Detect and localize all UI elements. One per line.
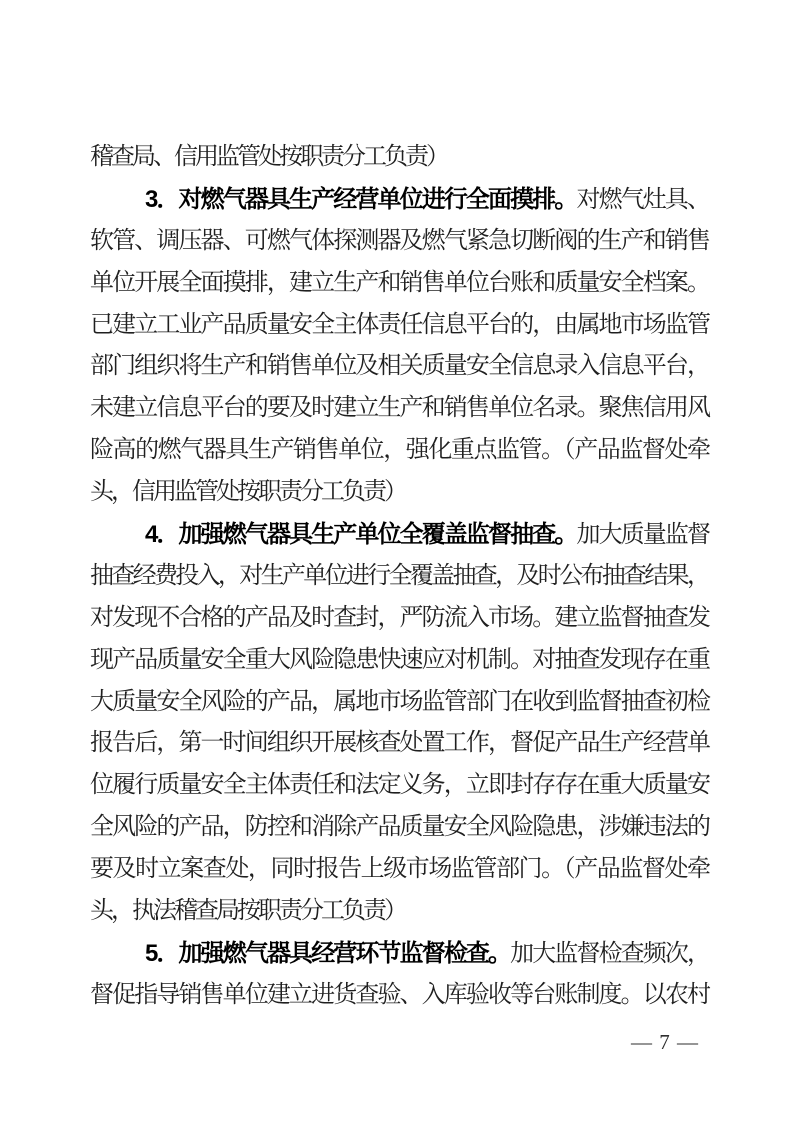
text-line: 抽查经费投入，对生产单位进行全覆盖抽查，及时公布抽查结果， xyxy=(90,556,708,598)
text-line: 全风险的产品，防控和消除产品质量安全风险隐患，涉嫌违法的 xyxy=(90,807,708,849)
body-text: 头，执法稽查局按职责分工负责） xyxy=(90,898,405,924)
body-text: 部门组织将生产和销售单位及相关质量安全信息录入信息平台， xyxy=(90,353,708,379)
page-number: — 7 — xyxy=(631,1030,699,1055)
body-text: 督促指导销售单位建立进货查验、入库验收等台账制度。以农村 xyxy=(90,982,708,1008)
body-text: 软管、调压器、可燃气体探测器及燃气紧急切断阀的生产和销售 xyxy=(90,228,708,254)
text-line: 对发现不合格的产品及时查封，严防流入市场。建立监督抽查发 xyxy=(90,598,708,640)
document-text: 稽查局、信用监管处按职责分工负责）3．对燃气器具生产经营单位进行全面摸排。对燃气… xyxy=(90,137,708,1017)
text-line: 头，信用监管处按职责分工负责） xyxy=(90,472,708,514)
text-line: 险高的燃气器具生产销售单位，强化重点监管。（产品监督处牵 xyxy=(90,430,708,472)
text-line: 稽查局、信用监管处按职责分工负责） xyxy=(90,137,708,179)
text-line: 报告后，第一时间组织开展核查处置工作，督促产品生产经营单 xyxy=(90,723,708,765)
text-line: 单位开展全面摸排，建立生产和销售单位台账和质量安全档案。 xyxy=(90,263,708,305)
body-text: 稽查局、信用监管处按职责分工负责） xyxy=(90,144,447,170)
body-text: 未建立信息平台的要及时建立生产和销售单位名录。聚焦信用风 xyxy=(90,395,708,421)
text-line: 要及时立案查处，同时报告上级市场监管部门。（产品监督处牵 xyxy=(90,849,708,891)
body-text: 全风险的产品，防控和消除产品质量安全风险隐患，涉嫌违法的 xyxy=(90,814,708,840)
document-page: 稽查局、信用监管处按职责分工负责）3．对燃气器具生产经营单位进行全面摸排。对燃气… xyxy=(0,0,793,1122)
body-text: 报告后，第一时间组织开展核查处置工作，督促产品生产经营单 xyxy=(90,730,708,756)
body-text: 加大质量监督 xyxy=(576,522,708,548)
body-text: 抽查经费投入，对生产单位进行全覆盖抽查，及时公布抽查结果， xyxy=(90,563,708,589)
paragraph-heading-text: 5．加强燃气器具经营环节监督检查。 xyxy=(145,940,510,967)
text-line: 未建立信息平台的要及时建立生产和销售单位名录。聚焦信用风 xyxy=(90,388,708,430)
body-text: 已建立工业产品质量安全主体责任信息平台的，由属地市场监管 xyxy=(90,312,708,338)
text-line: 头，执法稽查局按职责分工负责） xyxy=(90,891,708,933)
body-text: 要及时立案查处，同时报告上级市场监管部门。（产品监督处牵 xyxy=(90,856,708,882)
body-text: 对燃气灶具、 xyxy=(576,187,708,213)
body-text: 头，信用监管处按职责分工负责） xyxy=(90,479,405,505)
text-line: 软管、调压器、可燃气体探测器及燃气紧急切断阀的生产和销售 xyxy=(90,221,708,263)
text-line: 部门组织将生产和销售单位及相关质量安全信息录入信息平台， xyxy=(90,346,708,388)
body-text: 单位开展全面摸排，建立生产和销售单位台账和质量安全档案。 xyxy=(90,270,708,296)
text-line: 3．对燃气器具生产经营单位进行全面摸排。对燃气灶具、 xyxy=(90,179,708,221)
body-text: 加大监督检查频次， xyxy=(510,941,708,967)
body-text: 险高的燃气器具生产销售单位，强化重点监管。（产品监督处牵 xyxy=(90,437,708,463)
body-text: 位履行质量安全主体责任和法定义务，立即封存存在重大质量安 xyxy=(90,772,708,798)
body-text: 大质量安全风险的产品，属地市场监管部门在收到监督抽查初检 xyxy=(90,689,708,715)
text-line: 4．加强燃气器具生产单位全覆盖监督抽查。加大质量监督 xyxy=(90,514,708,556)
text-line: 现产品质量安全重大风险隐患快速应对机制。对抽查发现存在重 xyxy=(90,640,708,682)
text-line: 已建立工业产品质量安全主体责任信息平台的，由属地市场监管 xyxy=(90,305,708,347)
text-line: 大质量安全风险的产品，属地市场监管部门在收到监督抽查初检 xyxy=(90,682,708,724)
text-line: 督促指导销售单位建立进货查验、入库验收等台账制度。以农村 xyxy=(90,975,708,1017)
paragraph-heading-text: 3．对燃气器具生产经营单位进行全面摸排。 xyxy=(145,186,576,213)
body-text: 现产品质量安全重大风险隐患快速应对机制。对抽查发现存在重 xyxy=(90,647,708,673)
text-line: 位履行质量安全主体责任和法定义务，立即封存存在重大质量安 xyxy=(90,765,708,807)
paragraph-heading-text: 4．加强燃气器具生产单位全覆盖监督抽查。 xyxy=(145,521,576,548)
body-text: 对发现不合格的产品及时查封，严防流入市场。建立监督抽查发 xyxy=(90,605,708,631)
text-line: 5．加强燃气器具经营环节监督检查。加大监督检查频次， xyxy=(90,933,708,975)
